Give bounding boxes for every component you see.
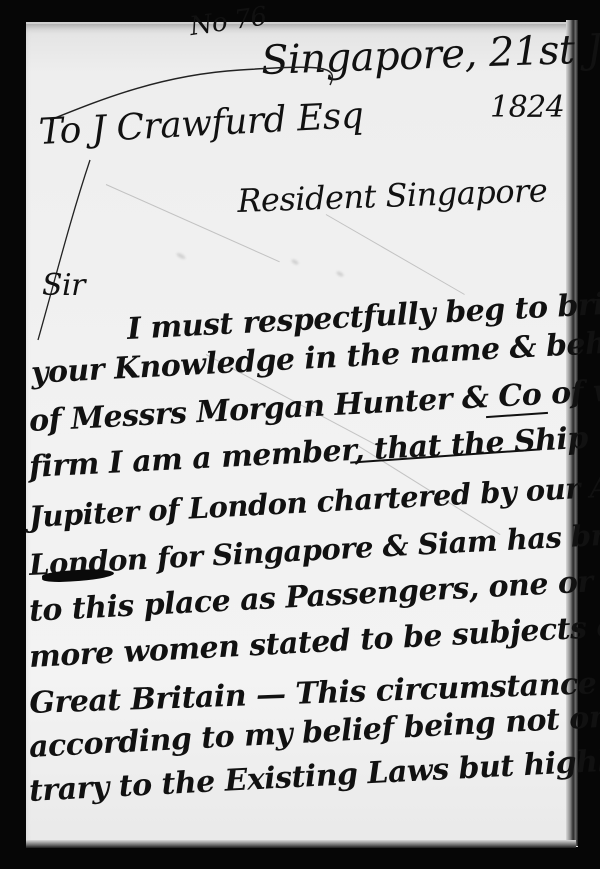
bleed-through-mark xyxy=(326,214,465,295)
flourish-stroke xyxy=(30,150,110,350)
page-edge-bottom xyxy=(26,840,576,848)
ink-speck xyxy=(336,270,345,277)
salutation: Sir xyxy=(42,268,85,303)
ink-speck xyxy=(176,252,187,260)
dateline-year: 1824 xyxy=(490,90,564,125)
ink-speck xyxy=(291,258,300,265)
